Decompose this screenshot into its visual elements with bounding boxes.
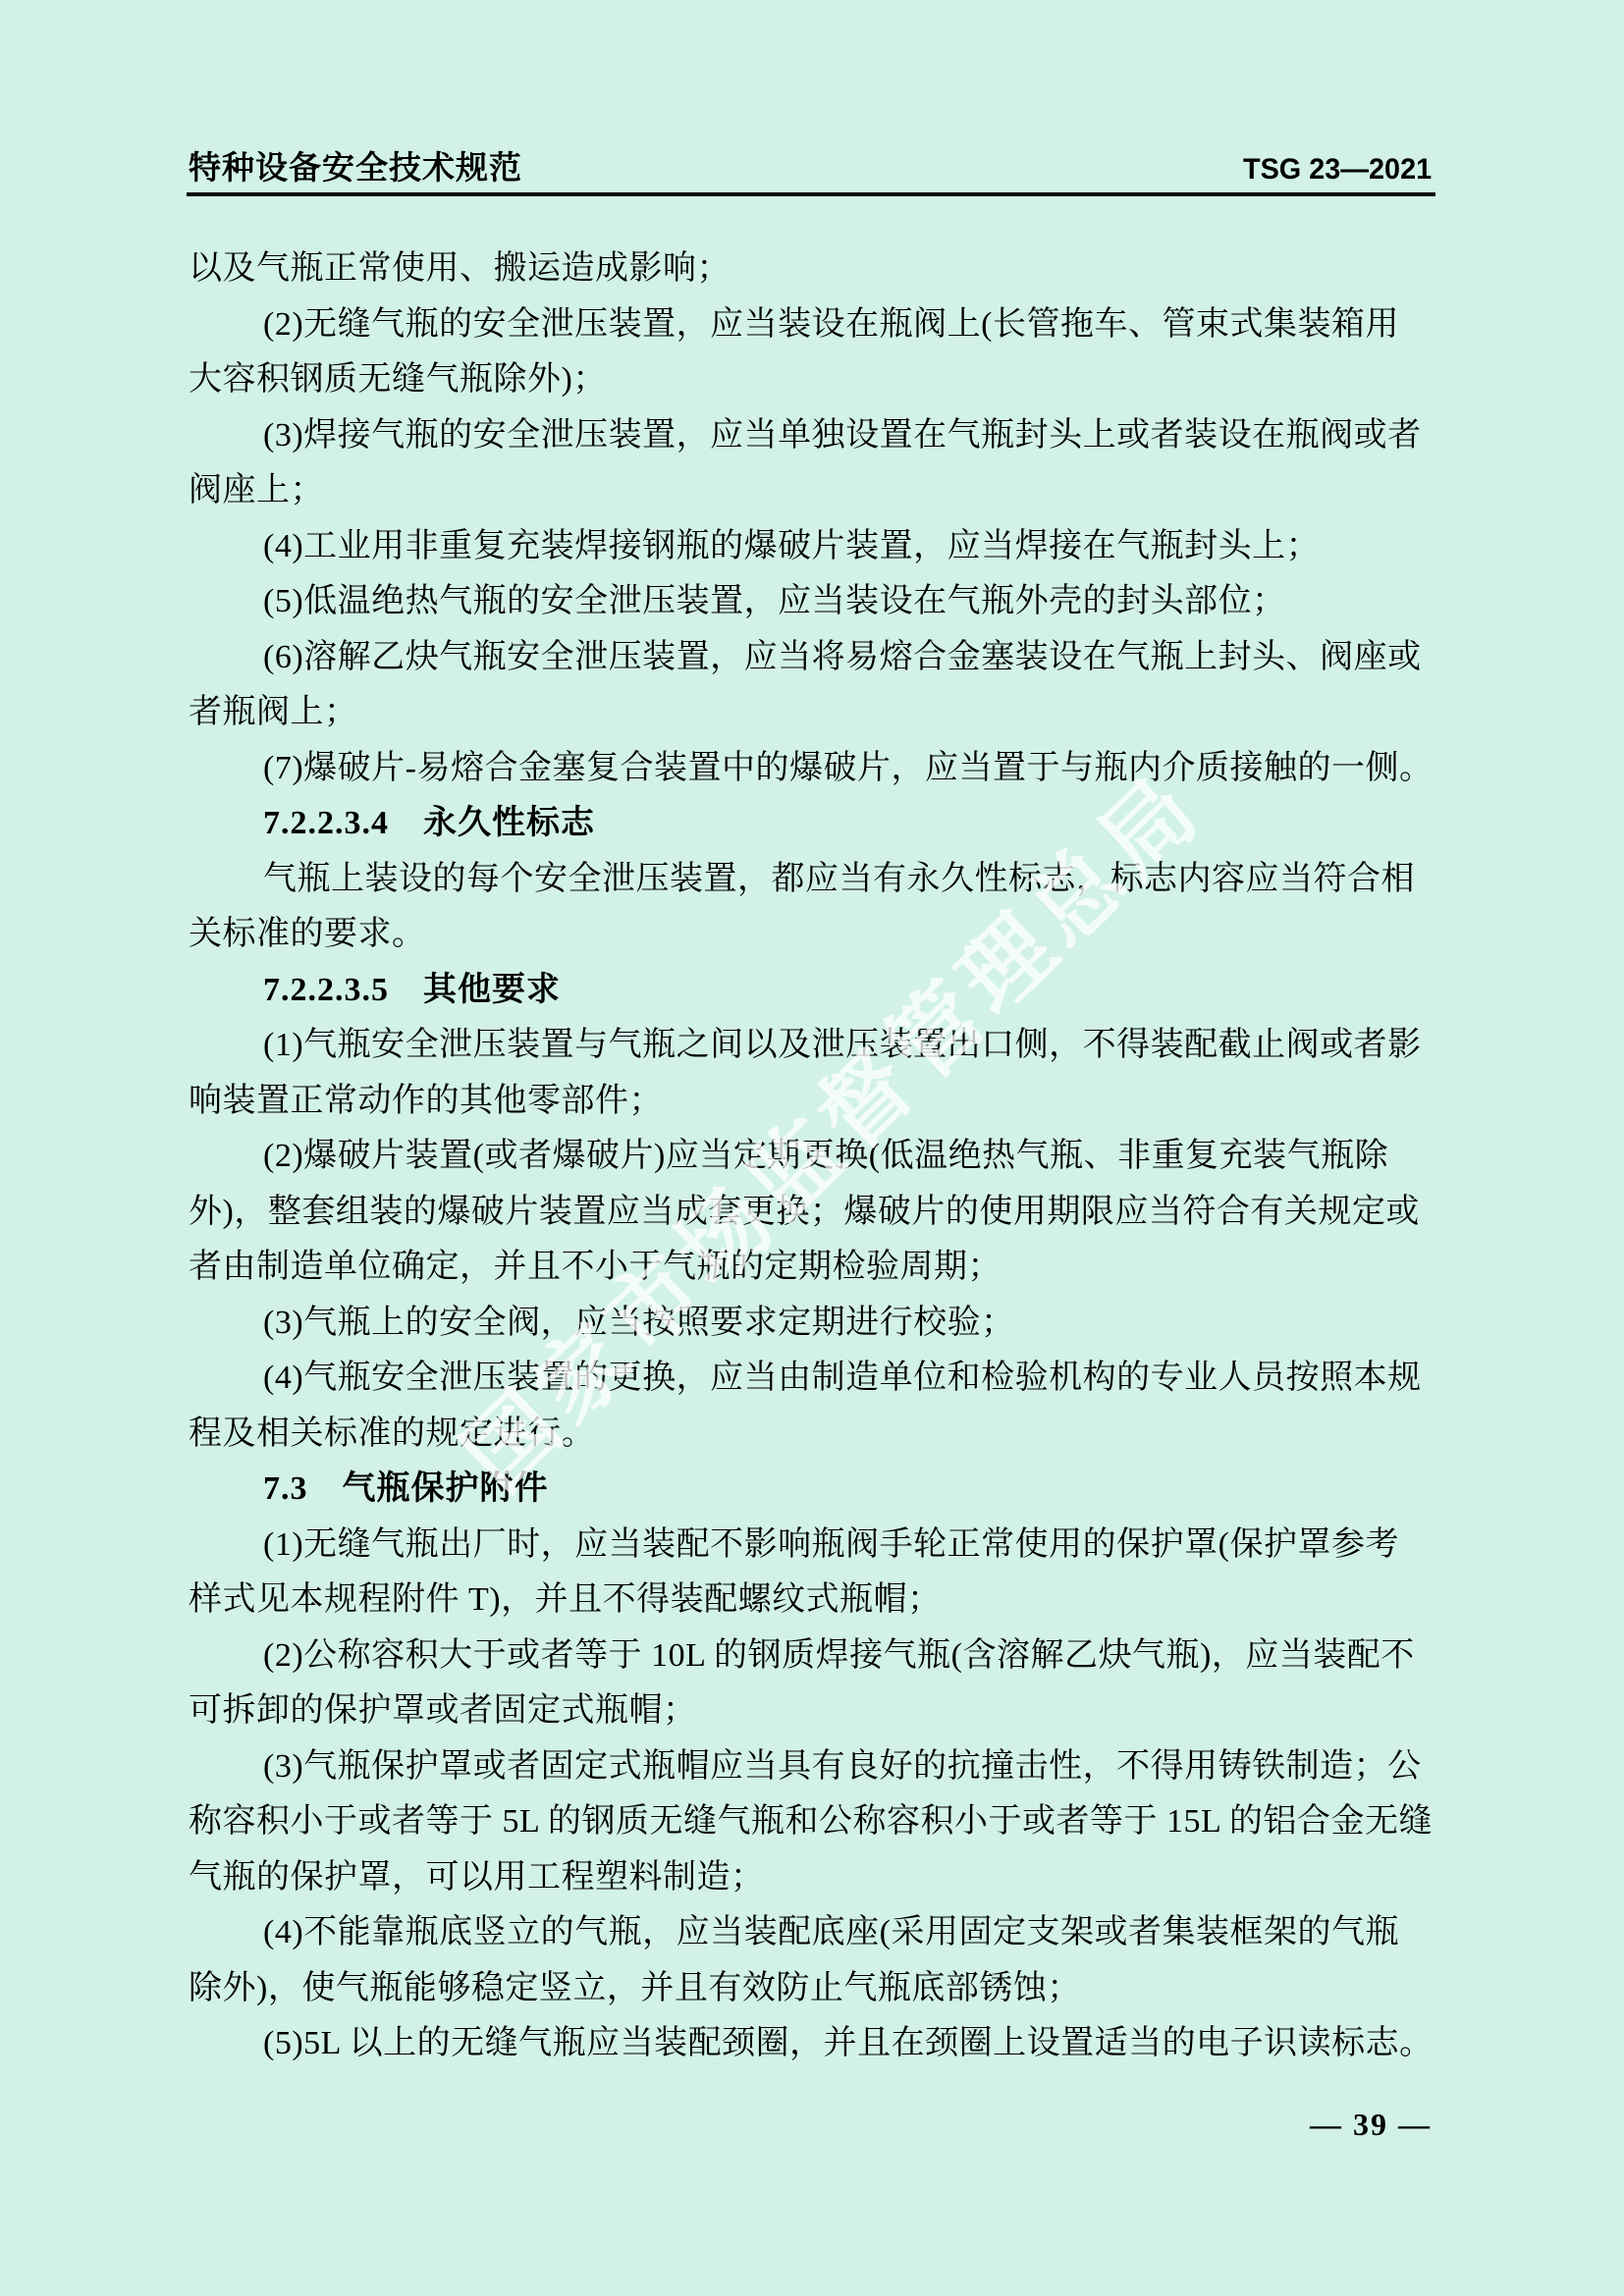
body-line: 响装置正常动作的其他零部件；: [189, 1074, 1441, 1130]
body-line: (2)爆破片装置(或者爆破片)应当定期更换(低温绝热气瓶、非重复充装气瓶除: [189, 1129, 1441, 1185]
body-line: 除外)，使气瓶能够稳定竖立，并且有效防止气瓶底部锈蚀；: [189, 1961, 1441, 2017]
body-line: 程及相关标准的规定进行。: [189, 1407, 1441, 1463]
body-line: (3)气瓶上的安全阀，应当按照要求定期进行校验；: [189, 1296, 1441, 1352]
body-line: (4)气瓶安全泄压装置的更换，应当由制造单位和检验机构的专业人员按照本规: [189, 1351, 1441, 1407]
section-heading: 7.2.2.3.4 永久性标志: [189, 796, 1441, 852]
body-lines: 以及气瓶正常使用、搬运造成影响；(2)无缝气瓶的安全泄压装置，应当装设在瓶阀上(…: [189, 241, 1441, 2072]
section-heading: 7.2.2.3.5 其他要求: [189, 963, 1441, 1019]
page-number: — 39 —: [1310, 2107, 1432, 2142]
body-line: (4)工业用非重复充装焊接钢瓶的爆破片装置，应当焊接在气瓶封头上；: [189, 519, 1441, 575]
body-line: 称容积小于或者等于 5L 的钢质无缝气瓶和公称容积小于或者等于 15L 的铝合金…: [189, 1794, 1441, 1850]
document-page: 特种设备安全技术规范 TSG 23—2021 以及气瓶正常使用、搬运造成影响；(…: [0, 0, 1624, 2296]
body-line: (4)不能靠瓶底竖立的气瓶，应当装配底座(采用固定支架或者集装框架的气瓶: [189, 1905, 1441, 1961]
section-heading: 7.3 气瓶保护附件: [189, 1462, 1441, 1518]
body-line: 阀座上；: [189, 463, 1441, 519]
header-rule: [187, 192, 1435, 196]
body-line: (2)无缝气瓶的安全泄压装置，应当装设在瓶阀上(长管拖车、管束式集装箱用: [189, 297, 1441, 353]
body-line: 者瓶阀上；: [189, 685, 1441, 741]
body-line: 可拆卸的保护罩或者固定式瓶帽；: [189, 1683, 1441, 1739]
body-line: 气瓶的保护罩，可以用工程塑料制造；: [189, 1850, 1441, 1906]
body-line: (2)公称容积大于或者等于 10L 的钢质焊接气瓶(含溶解乙炔气瓶)，应当装配不: [189, 1629, 1441, 1684]
body-line: 大容积钢质无缝气瓶除外)；: [189, 352, 1441, 408]
body-line: 气瓶上装设的每个安全泄压装置，都应当有永久性标志，标志内容应当符合相: [189, 852, 1441, 908]
body-line: (3)气瓶保护罩或者固定式瓶帽应当具有良好的抗撞击性，不得用铸铁制造；公: [189, 1739, 1441, 1795]
body-line: 外)，整套组装的爆破片装置应当成套更换；爆破片的使用期限应当符合有关规定或: [189, 1185, 1441, 1241]
body-line: 关标准的要求。: [189, 907, 1441, 963]
body-line: (6)溶解乙炔气瓶安全泄压装置，应当将易熔合金塞装设在气瓶上封头、阀座或: [189, 630, 1441, 686]
body-line: (1)无缝气瓶出厂时，应当装配不影响瓶阀手轮正常使用的保护罩(保护罩参考: [189, 1518, 1441, 1574]
body-line: 样式见本规程附件 T)，并且不得装配螺纹式瓶帽；: [189, 1573, 1441, 1629]
body-line: (3)焊接气瓶的安全泄压装置，应当单独设置在气瓶封头上或者装设在瓶阀或者: [189, 408, 1441, 464]
body-line: (1)气瓶安全泄压装置与气瓶之间以及泄压装置出口侧，不得装配截止阀或者影: [189, 1018, 1441, 1074]
body-line: 以及气瓶正常使用、搬运造成影响；: [189, 241, 1441, 297]
body-line: (7)爆破片-易熔合金塞复合装置中的爆破片，应当置于与瓶内介质接触的一侧。: [189, 741, 1441, 797]
header-document-code: TSG 23—2021: [1243, 153, 1432, 187]
body-line: (5)低温绝热气瓶的安全泄压装置，应当装设在气瓶外壳的封头部位；: [189, 574, 1441, 630]
body-line: 者由制造单位确定，并且不小于气瓶的定期检验周期；: [189, 1240, 1441, 1296]
header-document-title: 特种设备安全技术规范: [189, 149, 522, 187]
body-line: (5)5L 以上的无缝气瓶应当装配颈圈，并且在颈圈上设置适当的电子识读标志。: [189, 2016, 1441, 2072]
